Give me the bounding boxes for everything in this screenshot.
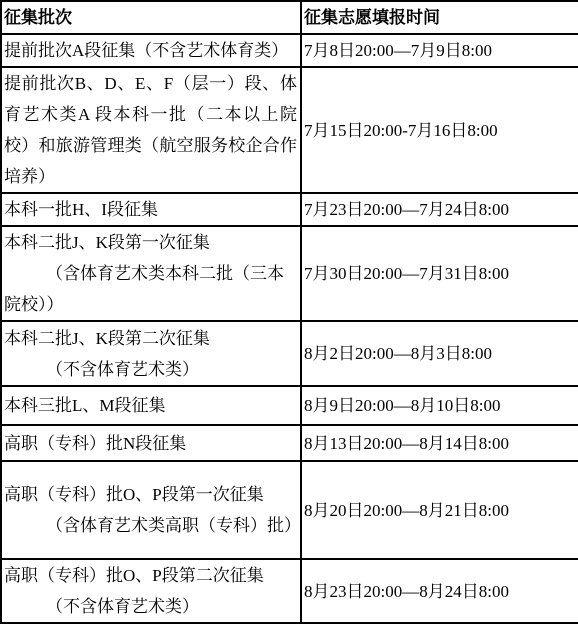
batch-cell: 本科三批L、M段征集 <box>1 386 301 425</box>
batch-cell: 提前批次B、D、E、F（层一）段、体育艺术类A 段本科一批（二本以上院校）和旅游… <box>1 67 301 193</box>
batch-cell: 高职（专科）批O、P段第一次征集 （含体育艺术类高职（专科）批） <box>1 461 301 559</box>
batch-cell: 本科二批J、K段第二次征集 （不含体育艺术类） <box>1 321 301 386</box>
time-cell: 8月2日20:00—8月3日8:00 <box>301 321 578 386</box>
time-cell: 8月20日20:00—8月21日8:00 <box>301 461 578 559</box>
table-row: 高职（专科）批N段征集 8月13日20:00—8月14日8:00 <box>1 425 578 461</box>
batch-line: 本科二批J、K段第二次征集 <box>4 323 297 354</box>
table-row: 高职（专科）批O、P段第二次征集 （不含体育艺术类） 8月23日20:00—8月… <box>1 559 578 623</box>
column-header-batch: 征集批次 <box>1 1 301 34</box>
table-row: 本科一批H、I段征集 7月23日20:00—7月24日8:00 <box>1 193 578 226</box>
batch-note-line: （不含体育艺术类） <box>4 591 297 622</box>
table-row: 提前批次A段征集（不含艺术体育类） 7月8日20:00—7月9日8:00 <box>1 34 578 67</box>
time-cell: 7月8日20:00—7月9日8:00 <box>301 34 578 67</box>
batch-cell: 本科一批H、I段征集 <box>1 193 301 226</box>
batch-line: 本科一批H、I段征集 <box>4 194 297 225</box>
table-row: 提前批次B、D、E、F（层一）段、体育艺术类A 段本科一批（二本以上院校）和旅游… <box>1 67 578 193</box>
batch-line: 提前批次A段征集（不含艺术体育类） <box>4 35 297 66</box>
table-row: 本科二批J、K段第二次征集 （不含体育艺术类） 8月2日20:00—8月3日8:… <box>1 321 578 386</box>
batch-line: 高职（专科）批O、P段第二次征集 <box>4 560 297 591</box>
header-row: 征集批次 征集志愿填报时间 <box>1 1 578 34</box>
batch-line: 提前批次B、D、E、F（层一）段、体育艺术类A 段本科一批（二本以上院校）和旅游… <box>4 68 297 192</box>
admission-schedule-table: 征集批次 征集志愿填报时间 提前批次A段征集（不含艺术体育类） 7月8日20:0… <box>0 0 578 624</box>
batch-note-line: （不含体育艺术类） <box>4 354 297 385</box>
batch-cell: 提前批次A段征集（不含艺术体育类） <box>1 34 301 67</box>
batch-line: 本科二批J、K段第一次征集 <box>4 227 297 258</box>
time-cell: 7月15日20:00-7月16日8:00 <box>301 67 578 193</box>
batch-note-line: （含体育艺术类高职（专科）批） <box>4 510 297 541</box>
time-cell: 7月23日20:00—7月24日8:00 <box>301 193 578 226</box>
batch-cell: 高职（专科）批O、P段第二次征集 （不含体育艺术类） <box>1 559 301 623</box>
batch-line: 高职（专科）批N段征集 <box>4 428 297 459</box>
batch-cell: 高职（专科）批N段征集 <box>1 425 301 461</box>
column-header-time: 征集志愿填报时间 <box>301 1 578 34</box>
table-row: 高职（专科）批O、P段第一次征集 （含体育艺术类高职（专科）批） 8月20日20… <box>1 461 578 559</box>
batch-line: 本科三批L、M段征集 <box>4 390 297 421</box>
time-cell: 8月9日20:00—8月10日8:00 <box>301 386 578 425</box>
batch-cell: 本科二批J、K段第一次征集 （含体育艺术类本科二批（三本院校）） <box>1 226 301 321</box>
batch-line: 高职（专科）批O、P段第一次征集 <box>4 479 297 510</box>
table-row: 本科二批J、K段第一次征集 （含体育艺术类本科二批（三本院校）） 7月30日20… <box>1 226 578 321</box>
time-cell: 8月23日20:00—8月24日8:00 <box>301 559 578 623</box>
table-row: 本科三批L、M段征集 8月9日20:00—8月10日8:00 <box>1 386 578 425</box>
batch-note-line: （含体育艺术类本科二批（三本院校）） <box>4 258 297 320</box>
time-cell: 7月30日20:00—7月31日8:00 <box>301 226 578 321</box>
time-cell: 8月13日20:00—8月14日8:00 <box>301 425 578 461</box>
